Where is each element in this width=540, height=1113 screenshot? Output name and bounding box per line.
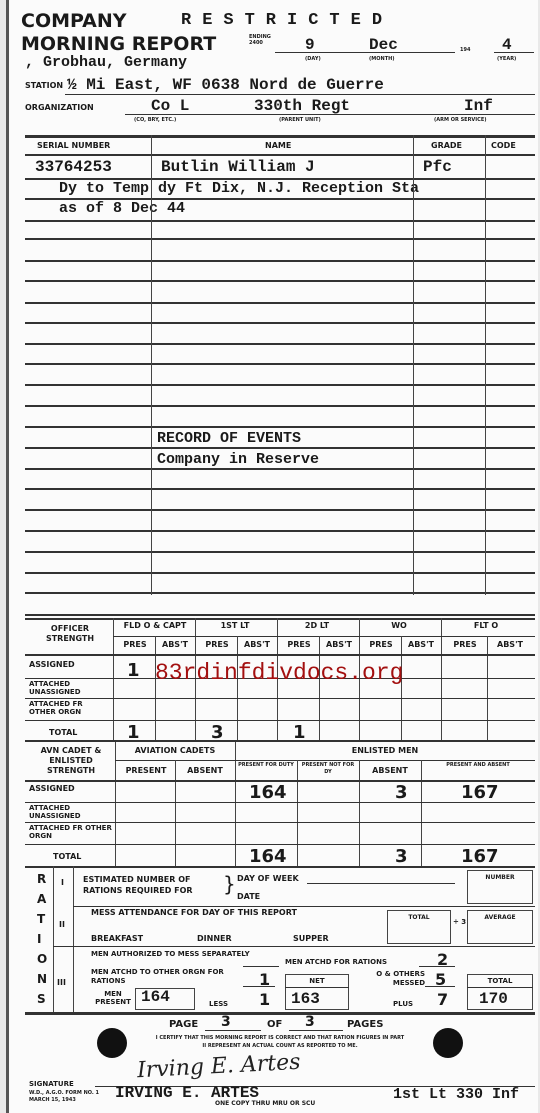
remark-line-2: as of 8 Dec 44 <box>59 200 185 217</box>
col-name: NAME <box>265 141 291 150</box>
enlisted-strength-header: AVN CADET & ENLISTED STRENGTH <box>29 746 113 776</box>
col-serial-number: SERIAL NUMBER <box>37 141 110 150</box>
org-company: Co L <box>151 97 189 115</box>
org-arm: Inf <box>464 97 493 115</box>
station-value: ½ Mi East, WF 0638 Nord de Guerre <box>67 76 384 94</box>
certification-text: I CERTIFY THAT THIS MORNING REPORT IS CO… <box>155 1034 405 1050</box>
form-title-morning-report: MORNING REPORT <box>21 33 216 55</box>
binder-hole-right <box>433 1028 463 1058</box>
station-label: STATION <box>25 81 63 90</box>
remark-line-1: Dy to Temp dy Ft Dix, N.J. Reception Sta <box>59 180 419 197</box>
report-year: 4 <box>502 36 512 54</box>
signer-rank: 1st Lt 330 Inf <box>393 1086 519 1103</box>
classification-stamp: RESTRICTED <box>181 11 393 30</box>
col-grade: GRADE <box>431 141 462 150</box>
form-title-company: COMPANY <box>21 10 127 32</box>
morning-report-form: COMPANY RESTRICTED MORNING REPORT ENDING… <box>6 0 538 1113</box>
page-number: 3 <box>221 1014 231 1030</box>
soldier-grade: Pfc <box>423 158 452 176</box>
binder-hole-left <box>97 1028 127 1058</box>
form-id: W.D., A.G.O. FORM No. 1 MARCH 15, 1943 <box>29 1090 119 1104</box>
page-total: 3 <box>305 1014 315 1030</box>
serial-number: 33764253 <box>35 158 112 176</box>
record-of-events-text: Company in Reserve <box>157 451 319 468</box>
report-month: Dec <box>369 36 398 54</box>
report-day: 9 <box>305 36 315 54</box>
signature: Irving E. Artes <box>136 1050 301 1084</box>
record-of-events-heading: RECORD OF EVENTS <box>157 430 301 447</box>
soldier-name: Butlin William J <box>161 158 315 176</box>
officer-strength-header: OFFICER STRENGTH <box>29 624 111 644</box>
col-code: CODE <box>491 141 516 150</box>
org-parent-unit: 330th Regt <box>254 97 350 115</box>
organization-label: ORGANIZATION <box>25 103 94 112</box>
watermark-text: 83rdinfdivdocs.org <box>155 660 403 686</box>
distribution-note: ONE COPY THRU MRU OR SCU <box>215 1100 315 1107</box>
signature-label: SIGNATURE <box>29 1080 74 1088</box>
location-line: , Grobhau, Germany <box>25 54 187 71</box>
ending-label: ENDING 2400 <box>249 34 273 46</box>
